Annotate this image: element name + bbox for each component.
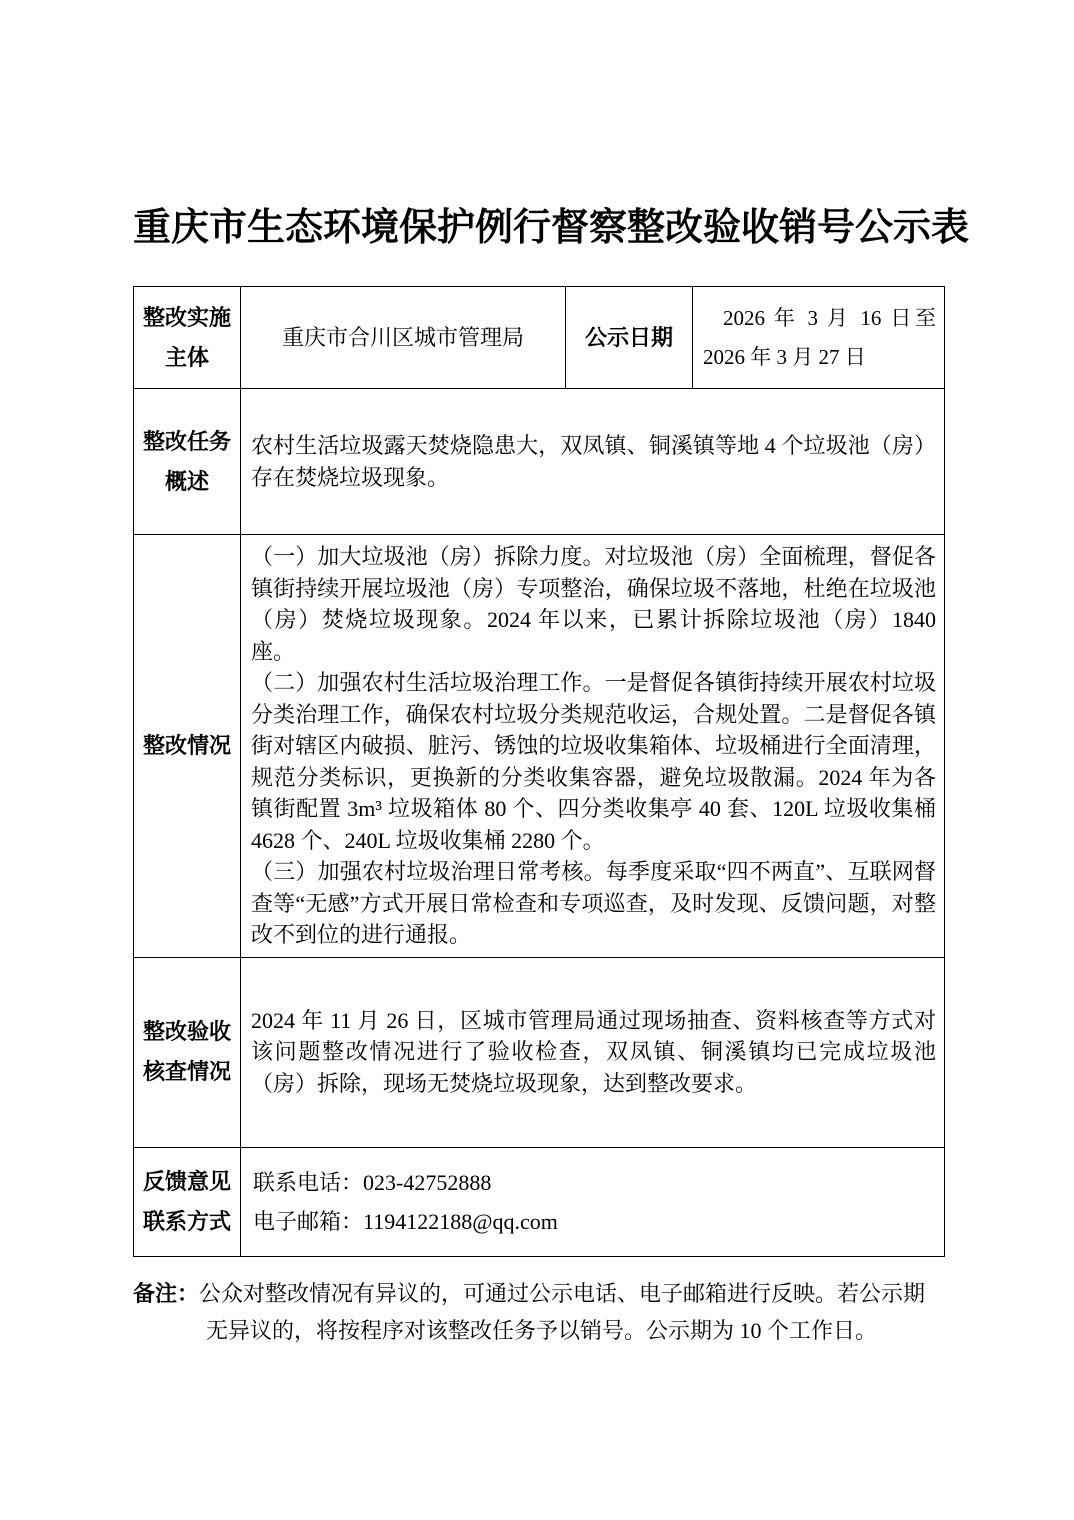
table-row-implementer: 整改实施主体 重庆市合川区城市管理局 公示日期 2026 年 3 月 16 日至…: [134, 287, 945, 389]
situation-paragraph-3: （三）加强农村垃圾治理日常考核。每季度采取“四不两直”、互联网督查等“无感”方式…: [251, 856, 936, 951]
contact-email-address: 1194122188@qq.com: [363, 1209, 558, 1234]
acceptance-label: 整改验收核查情况: [134, 957, 241, 1147]
contact-phone-number: 023-42752888: [363, 1170, 491, 1195]
situation-paragraph-2: （二）加强农村生活垃圾治理工作。一是督促各镇街持续开展农村垃圾分类治理工作，确保…: [251, 667, 936, 856]
contact-value: 联系电话：023-42752888 电子邮箱：1194122188@qq.com: [241, 1147, 945, 1256]
table-row-acceptance: 整改验收核查情况 2024 年 11 月 26 日，区城市管理局通过现场抽查、资…: [134, 957, 945, 1147]
publicity-date-label: 公示日期: [566, 287, 693, 389]
footnote-label: 备注：: [133, 1281, 199, 1306]
contact-email-line: 电子邮箱：1194122188@qq.com: [253, 1202, 936, 1241]
rectification-notice-table: 整改实施主体 重庆市合川区城市管理局 公示日期 2026 年 3 月 16 日至…: [133, 286, 945, 1257]
situation-value: （一）加大垃圾池（房）拆除力度。对垃圾池（房）全面梳理，督促各镇街持续开展垃圾池…: [241, 535, 945, 958]
implementer-value: 重庆市合川区城市管理局: [241, 287, 566, 389]
footnote: 备注：公众对整改情况有异议的，可通过公示电话、电子邮箱进行反映。若公示期无异议的…: [133, 1275, 944, 1349]
page-title: 重庆市生态环境保护例行督察整改验收销号公示表: [133, 200, 944, 256]
situation-label: 整改情况: [134, 535, 241, 958]
publicity-date-line1: 2026 年 3 月 16 日至: [703, 299, 936, 338]
contact-label: 反馈意见联系方式: [134, 1147, 241, 1256]
table-row-task-summary: 整改任务概述 农村生活垃圾露天焚烧隐患大，双凤镇、铜溪镇等地 4 个垃圾池（房）…: [134, 389, 945, 535]
contact-phone-line: 联系电话：023-42752888: [253, 1163, 936, 1202]
publicity-date-line2: 2026 年 3 月 27 日: [703, 338, 936, 377]
implementer-label: 整改实施主体: [134, 287, 241, 389]
footnote-text: 公众对整改情况有异议的，可通过公示电话、电子邮箱进行反映。若公示期无异议的，将按…: [199, 1281, 925, 1343]
situation-paragraph-1: （一）加大垃圾池（房）拆除力度。对垃圾池（房）全面梳理，督促各镇街持续开展垃圾池…: [251, 541, 936, 667]
contact-phone-label: 联系电话：: [253, 1170, 363, 1195]
notice-page: 重庆市生态环境保护例行督察整改验收销号公示表 整改实施主体 重庆市合川区城市管理…: [0, 0, 1074, 1520]
contact-email-label: 电子邮箱：: [253, 1209, 363, 1234]
task-summary-label: 整改任务概述: [134, 389, 241, 535]
acceptance-value: 2024 年 11 月 26 日，区城市管理局通过现场抽查、资料核查等方式对该问…: [241, 957, 945, 1147]
table-row-situation: 整改情况 （一）加大垃圾池（房）拆除力度。对垃圾池（房）全面梳理，督促各镇街持续…: [134, 535, 945, 958]
table-row-contact: 反馈意见联系方式 联系电话：023-42752888 电子邮箱：11941221…: [134, 1147, 945, 1256]
publicity-date-value: 2026 年 3 月 16 日至 2026 年 3 月 27 日: [693, 287, 945, 389]
task-summary-value: 农村生活垃圾露天焚烧隐患大，双凤镇、铜溪镇等地 4 个垃圾池（房）存在焚烧垃圾现…: [241, 389, 945, 535]
